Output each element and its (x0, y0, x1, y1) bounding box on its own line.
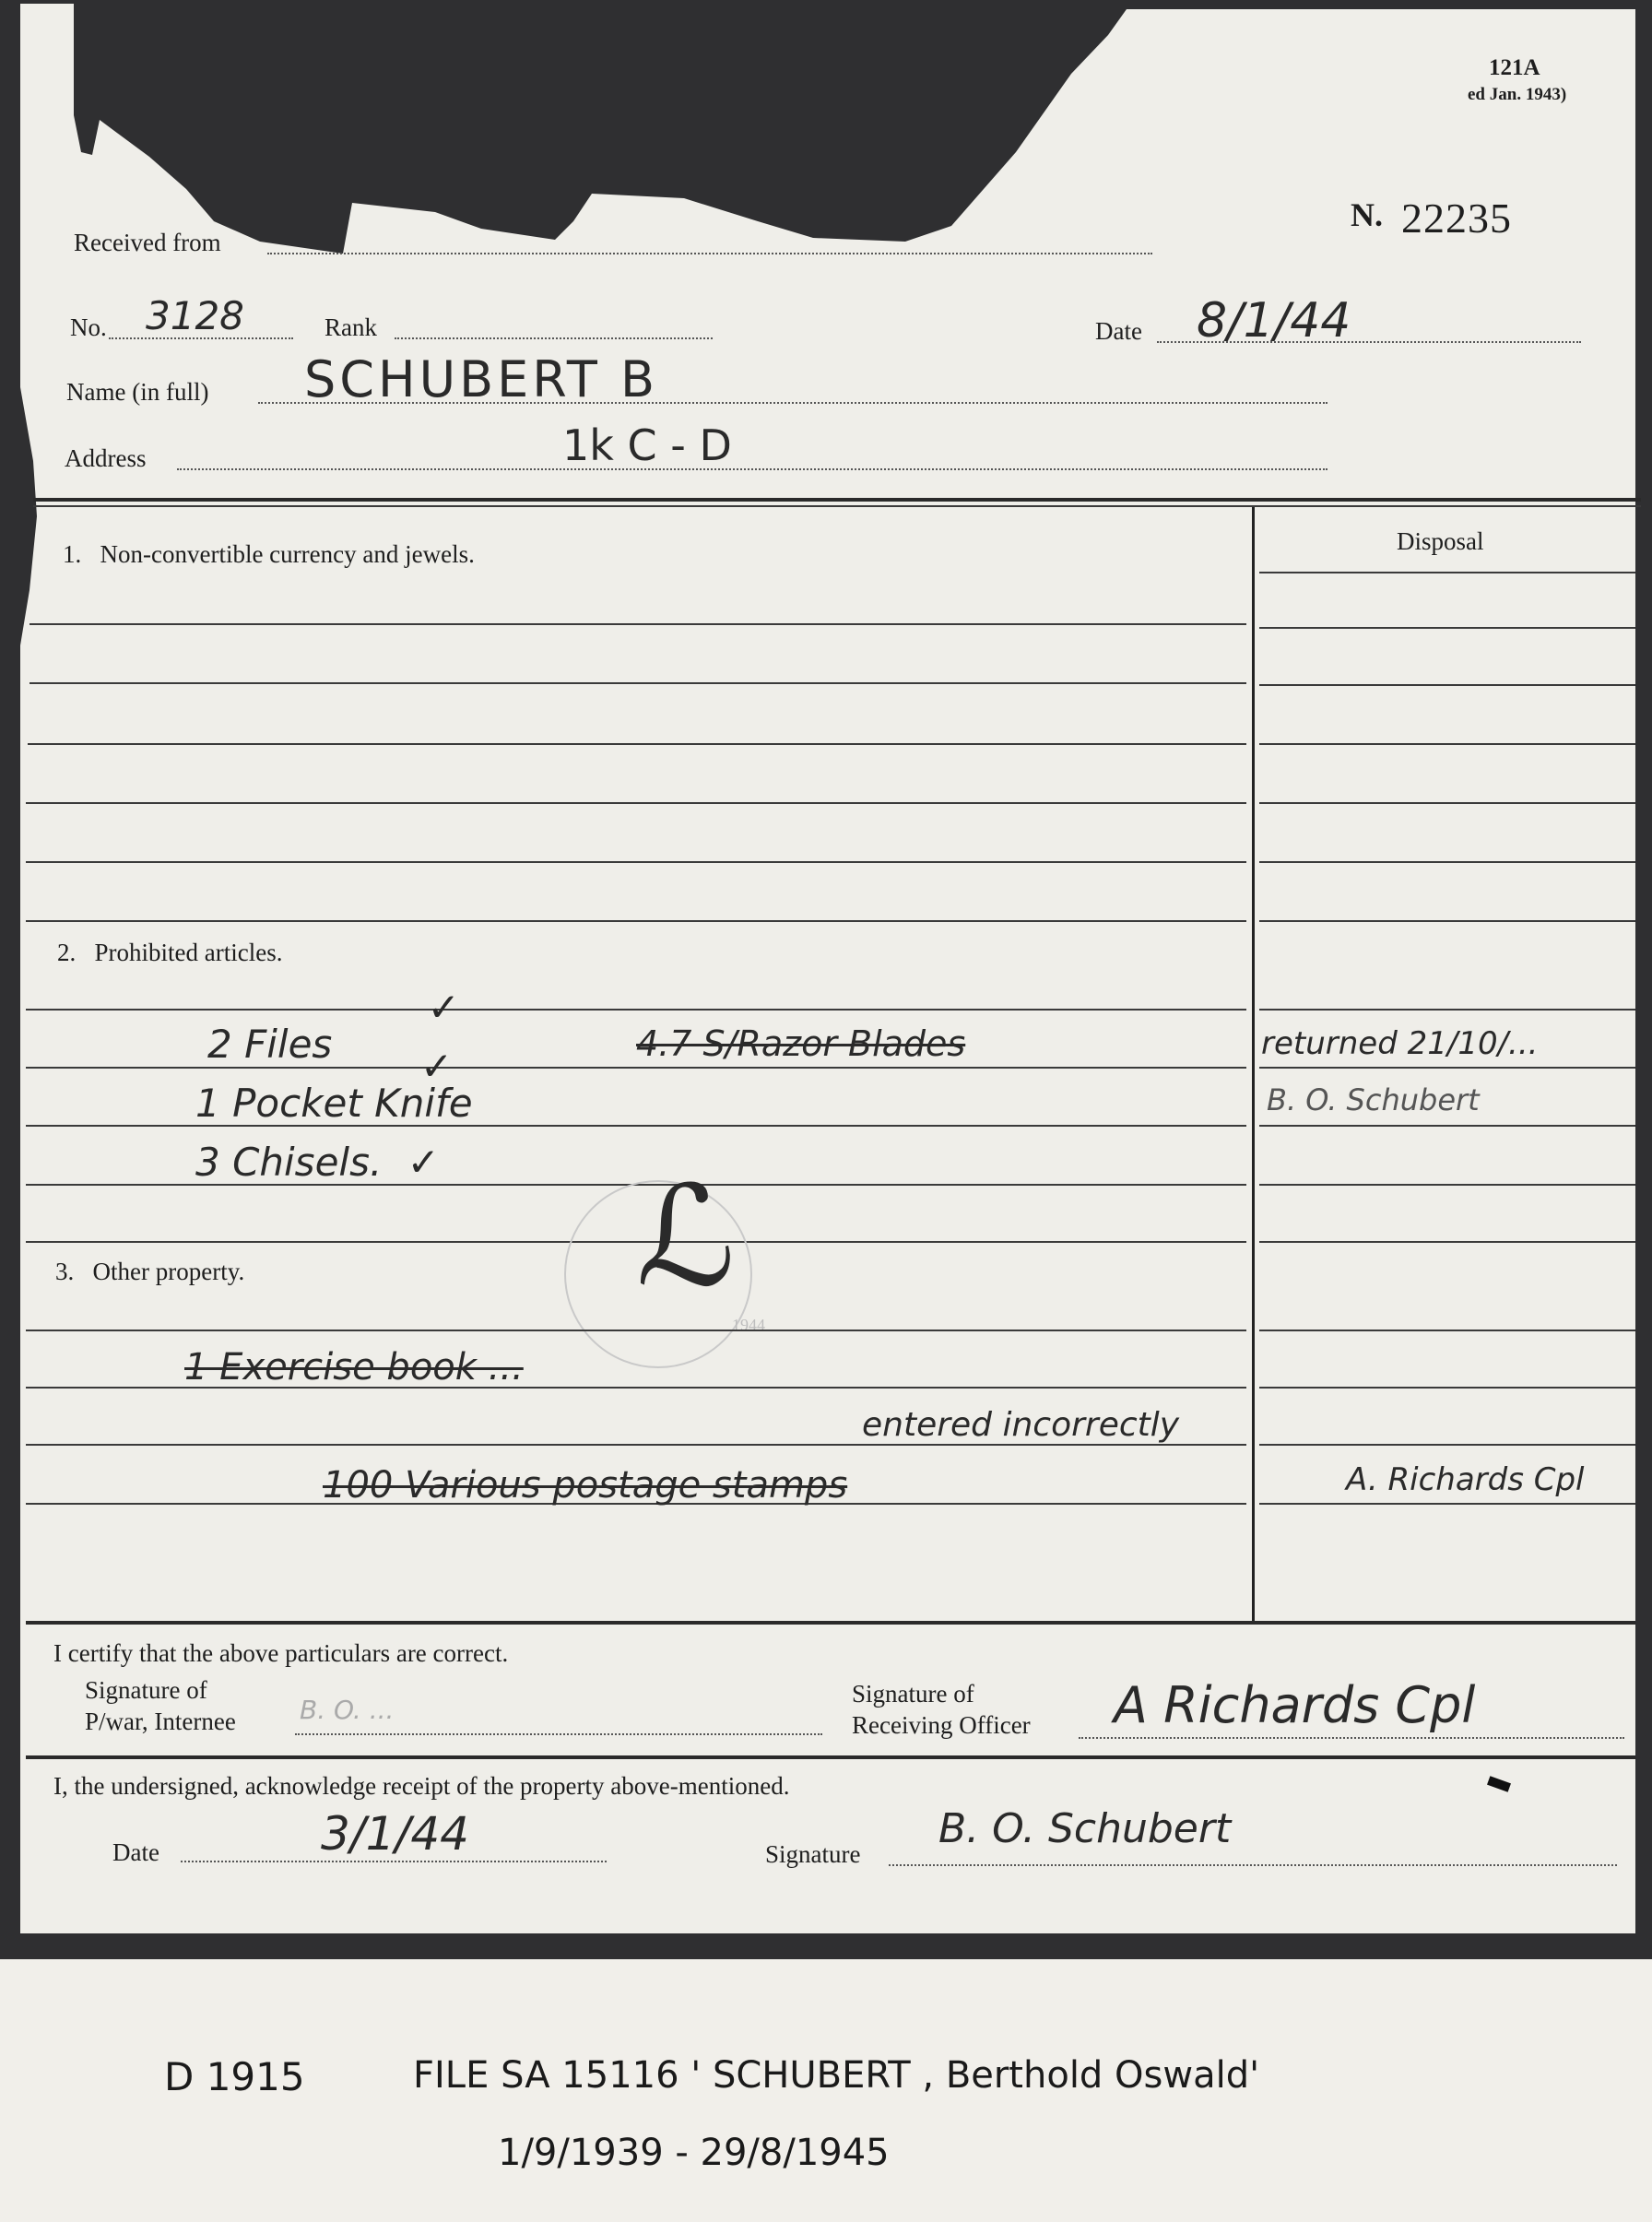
name-label: Name (in full) (66, 378, 208, 407)
disposal-line (1259, 1125, 1635, 1127)
initial-mark: ℒ (636, 1157, 736, 1318)
disposal-line (1259, 1387, 1635, 1389)
disposal-line (1259, 1330, 1635, 1331)
header-divider-2 (33, 505, 1641, 507)
disposal-line (1259, 1067, 1635, 1069)
section-1-number: 1. (63, 540, 81, 568)
disposal-entry: A. Richards Cpl (1346, 1461, 1585, 1498)
ack-date-field[interactable] (181, 1861, 607, 1862)
no-label: No. (70, 313, 107, 342)
caption-file: FILE SA 15116 ' SCHUBERT , Berthold Oswa… (413, 2054, 1259, 2097)
ruled-line (26, 1067, 1246, 1069)
serial-prefix: N. (1351, 195, 1383, 234)
section-3-number: 3. (55, 1258, 74, 1285)
received-from-field[interactable] (267, 253, 1152, 254)
check-mark-icon: ✓ (420, 1044, 453, 1089)
disposal-entry: B. O. Schubert (1267, 1082, 1480, 1117)
disposal-line (1259, 1444, 1635, 1446)
ruled-line (29, 682, 1246, 684)
rank-field[interactable] (395, 337, 713, 339)
acknowledgement-statement: I, the undersigned, acknowledge receipt … (53, 1772, 789, 1801)
disposal-line (1259, 1184, 1635, 1186)
ack-date-value: 3/1/44 (321, 1807, 469, 1861)
ack-signature-value: B. O. Schubert (938, 1805, 1231, 1852)
check-mark-icon: ✓ (407, 1140, 440, 1185)
ruled-line (26, 861, 1246, 863)
stamp-date: 1944 (732, 1316, 765, 1335)
disposal-line (1259, 1241, 1635, 1243)
ruled-line (26, 1330, 1246, 1331)
pw-signature-label-1: Signature of (85, 1676, 207, 1705)
section-2-text: Prohibited articles. (95, 939, 283, 966)
officer-signature-field[interactable] (1079, 1737, 1624, 1739)
ack-date-label: Date (112, 1838, 159, 1867)
other-property-struck: 100 Various postage stamps (323, 1464, 847, 1507)
disposal-header: Disposal (1397, 527, 1484, 556)
ruled-line (26, 920, 1246, 922)
ack-signature-label: Signature (765, 1840, 860, 1869)
disposal-line (1259, 684, 1635, 686)
disposal-line (1259, 802, 1635, 804)
pw-signature-label-2: P/war, Internee (85, 1708, 236, 1736)
officer-signature-label-1: Signature of (852, 1680, 974, 1708)
caption-dates: 1/9/1939 - 29/8/1945 (498, 2132, 890, 2174)
address-field[interactable] (177, 468, 1327, 470)
ruled-line (28, 743, 1246, 745)
address-value: 1k C - D (562, 420, 732, 470)
acknowledgement-divider (26, 1755, 1635, 1759)
form-revision: ed Jan. 1943) (1468, 85, 1566, 105)
disposal-line (1259, 1503, 1635, 1505)
header-divider (33, 498, 1641, 502)
item-text: 3 Chisels. (195, 1140, 382, 1185)
other-property-struck: 1 Exercise book ... (184, 1346, 524, 1389)
disposal-line (1259, 861, 1635, 863)
ruled-line (29, 623, 1246, 625)
disposal-column-divider (1252, 507, 1255, 1623)
disposal-line (1259, 627, 1635, 629)
certification-divider (26, 1621, 1635, 1625)
ruled-line (26, 1009, 1246, 1011)
serial-number: 22235 (1401, 194, 1512, 242)
prohibited-item-struck: 4.7 S/Razor Blades (636, 1023, 965, 1064)
no-value: 3128 (146, 293, 244, 338)
section-3-text: Other property. (93, 1258, 245, 1285)
form-code-text: 121A (1489, 55, 1540, 80)
officer-signature-value: A Richards Cpl (1114, 1676, 1475, 1734)
section-1-title: 1. Non-convertible currency and jewels. (63, 540, 475, 569)
section-2-title: 2. Prohibited articles. (57, 939, 282, 967)
name-value: SCHUBERT B (304, 350, 658, 408)
date-value: 8/1/44 (1197, 293, 1351, 349)
section-3-title: 3. Other property. (55, 1258, 244, 1286)
certification-statement: I certify that the above particulars are… (53, 1639, 508, 1668)
disposal-entry: returned 21/10/... (1261, 1025, 1538, 1062)
other-property-note: entered incorrectly (862, 1406, 1179, 1444)
item-text: 2 Files (207, 1022, 332, 1067)
section-2-number: 2. (57, 939, 76, 966)
officer-signature-label-2: Receiving Officer (852, 1711, 1031, 1740)
check-mark-icon: ✓ (428, 985, 460, 1030)
pw-signature-value: B. O. ... (300, 1695, 394, 1725)
prohibited-item: 1 Pocket Knife ✓ (195, 1081, 453, 1126)
date-label: Date (1095, 317, 1142, 346)
pw-signature-field[interactable] (295, 1733, 822, 1735)
address-label: Address (65, 444, 147, 473)
ruled-line (26, 802, 1246, 804)
form-code: 121A (1489, 55, 1540, 81)
disposal-line (1259, 572, 1635, 573)
ack-signature-field[interactable] (889, 1864, 1617, 1866)
rank-label: Rank (324, 313, 377, 342)
received-from-label: Received from (74, 229, 221, 257)
disposal-line (1259, 1009, 1635, 1011)
disposal-line (1259, 920, 1635, 922)
section-1-text: Non-convertible currency and jewels. (100, 540, 475, 568)
disposal-line (1259, 743, 1635, 745)
prohibited-item: 3 Chisels. ✓ (195, 1140, 440, 1185)
ruled-line (26, 1444, 1246, 1446)
caption-ref: D 1915 (164, 2054, 305, 2099)
